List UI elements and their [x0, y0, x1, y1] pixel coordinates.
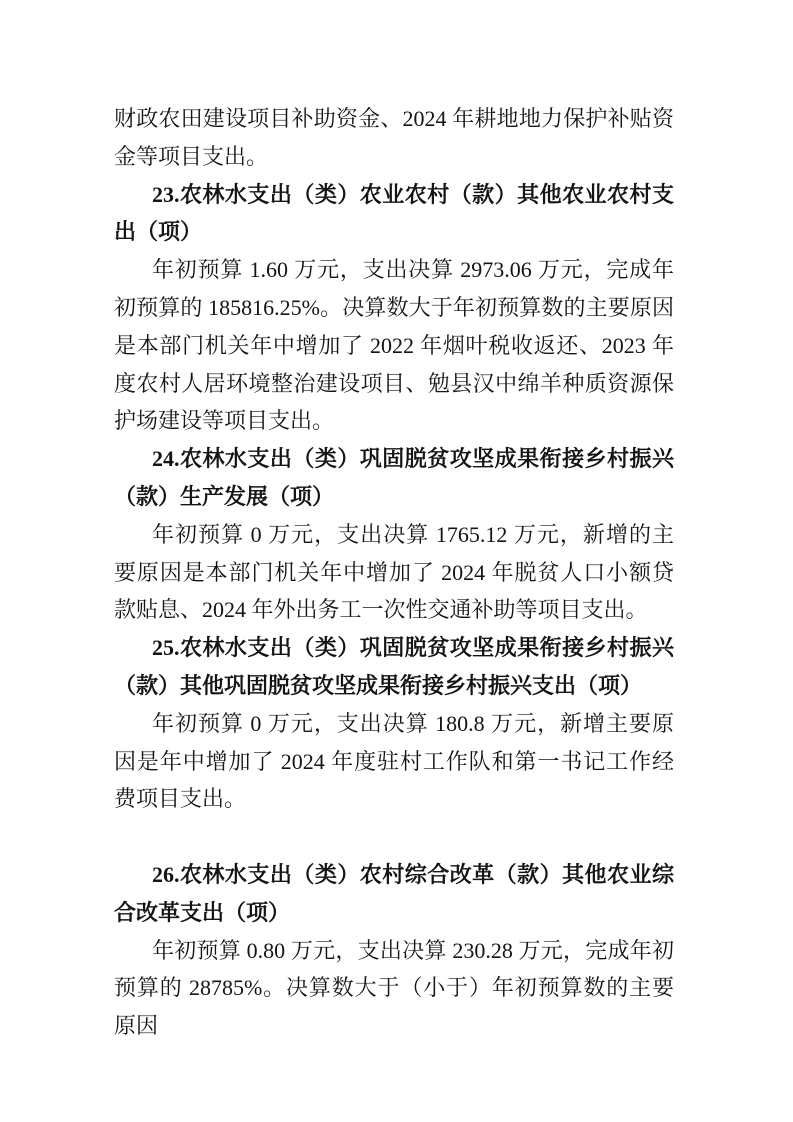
section-24-body: 年初预算 0 万元，支出决算 1765.12 万元，新增的主要原因是本部门机关年…: [114, 516, 674, 629]
section-25-body: 年初预算 0 万元，支出决算 180.8 万元，新增主要原因是年中增加了 202…: [114, 705, 674, 818]
section-23-body: 年初预算 1.60 万元，支出决算 2973.06 万元，完成年初预算的 185…: [114, 251, 674, 440]
section-26-body: 年初预算 0.80 万元，支出决算 230.28 万元，完成年初预算的 2878…: [114, 932, 674, 1045]
section-26: 26.农林水支出（类）农村综合改革（款）其他农业综合改革支出（项） 年初预算 0…: [114, 856, 674, 1045]
section-23-heading: 23.农林水支出（类）农业农村（款）其他农业农村支出（项）: [114, 176, 674, 252]
section-23: 23.农林水支出（类）农业农村（款）其他农业农村支出（项） 年初预算 1.60 …: [114, 176, 674, 441]
section-24-heading: 24.农林水支出（类）巩固脱贫攻坚成果衔接乡村振兴（款）生产发展（项）: [114, 440, 674, 516]
section-25: 25.农林水支出（类）巩固脱贫攻坚成果衔接乡村振兴（款）其他巩固脱贫攻坚成果衔接…: [114, 629, 674, 818]
section-24: 24.农林水支出（类）巩固脱贫攻坚成果衔接乡村振兴（款）生产发展（项） 年初预算…: [114, 440, 674, 629]
continuation-paragraph: 财政农田建设项目补助资金、2024 年耕地地力保护补贴资金等项目支出。: [114, 100, 674, 176]
section-25-heading: 25.农林水支出（类）巩固脱贫攻坚成果衔接乡村振兴（款）其他巩固脱贫攻坚成果衔接…: [114, 629, 674, 705]
document-page: 财政农田建设项目补助资金、2024 年耕地地力保护补贴资金等项目支出。 23.农…: [0, 0, 793, 1122]
section-26-heading: 26.农林水支出（类）农村综合改革（款）其他农业综合改革支出（项）: [114, 856, 674, 932]
blank-line-spacer: [114, 818, 674, 856]
